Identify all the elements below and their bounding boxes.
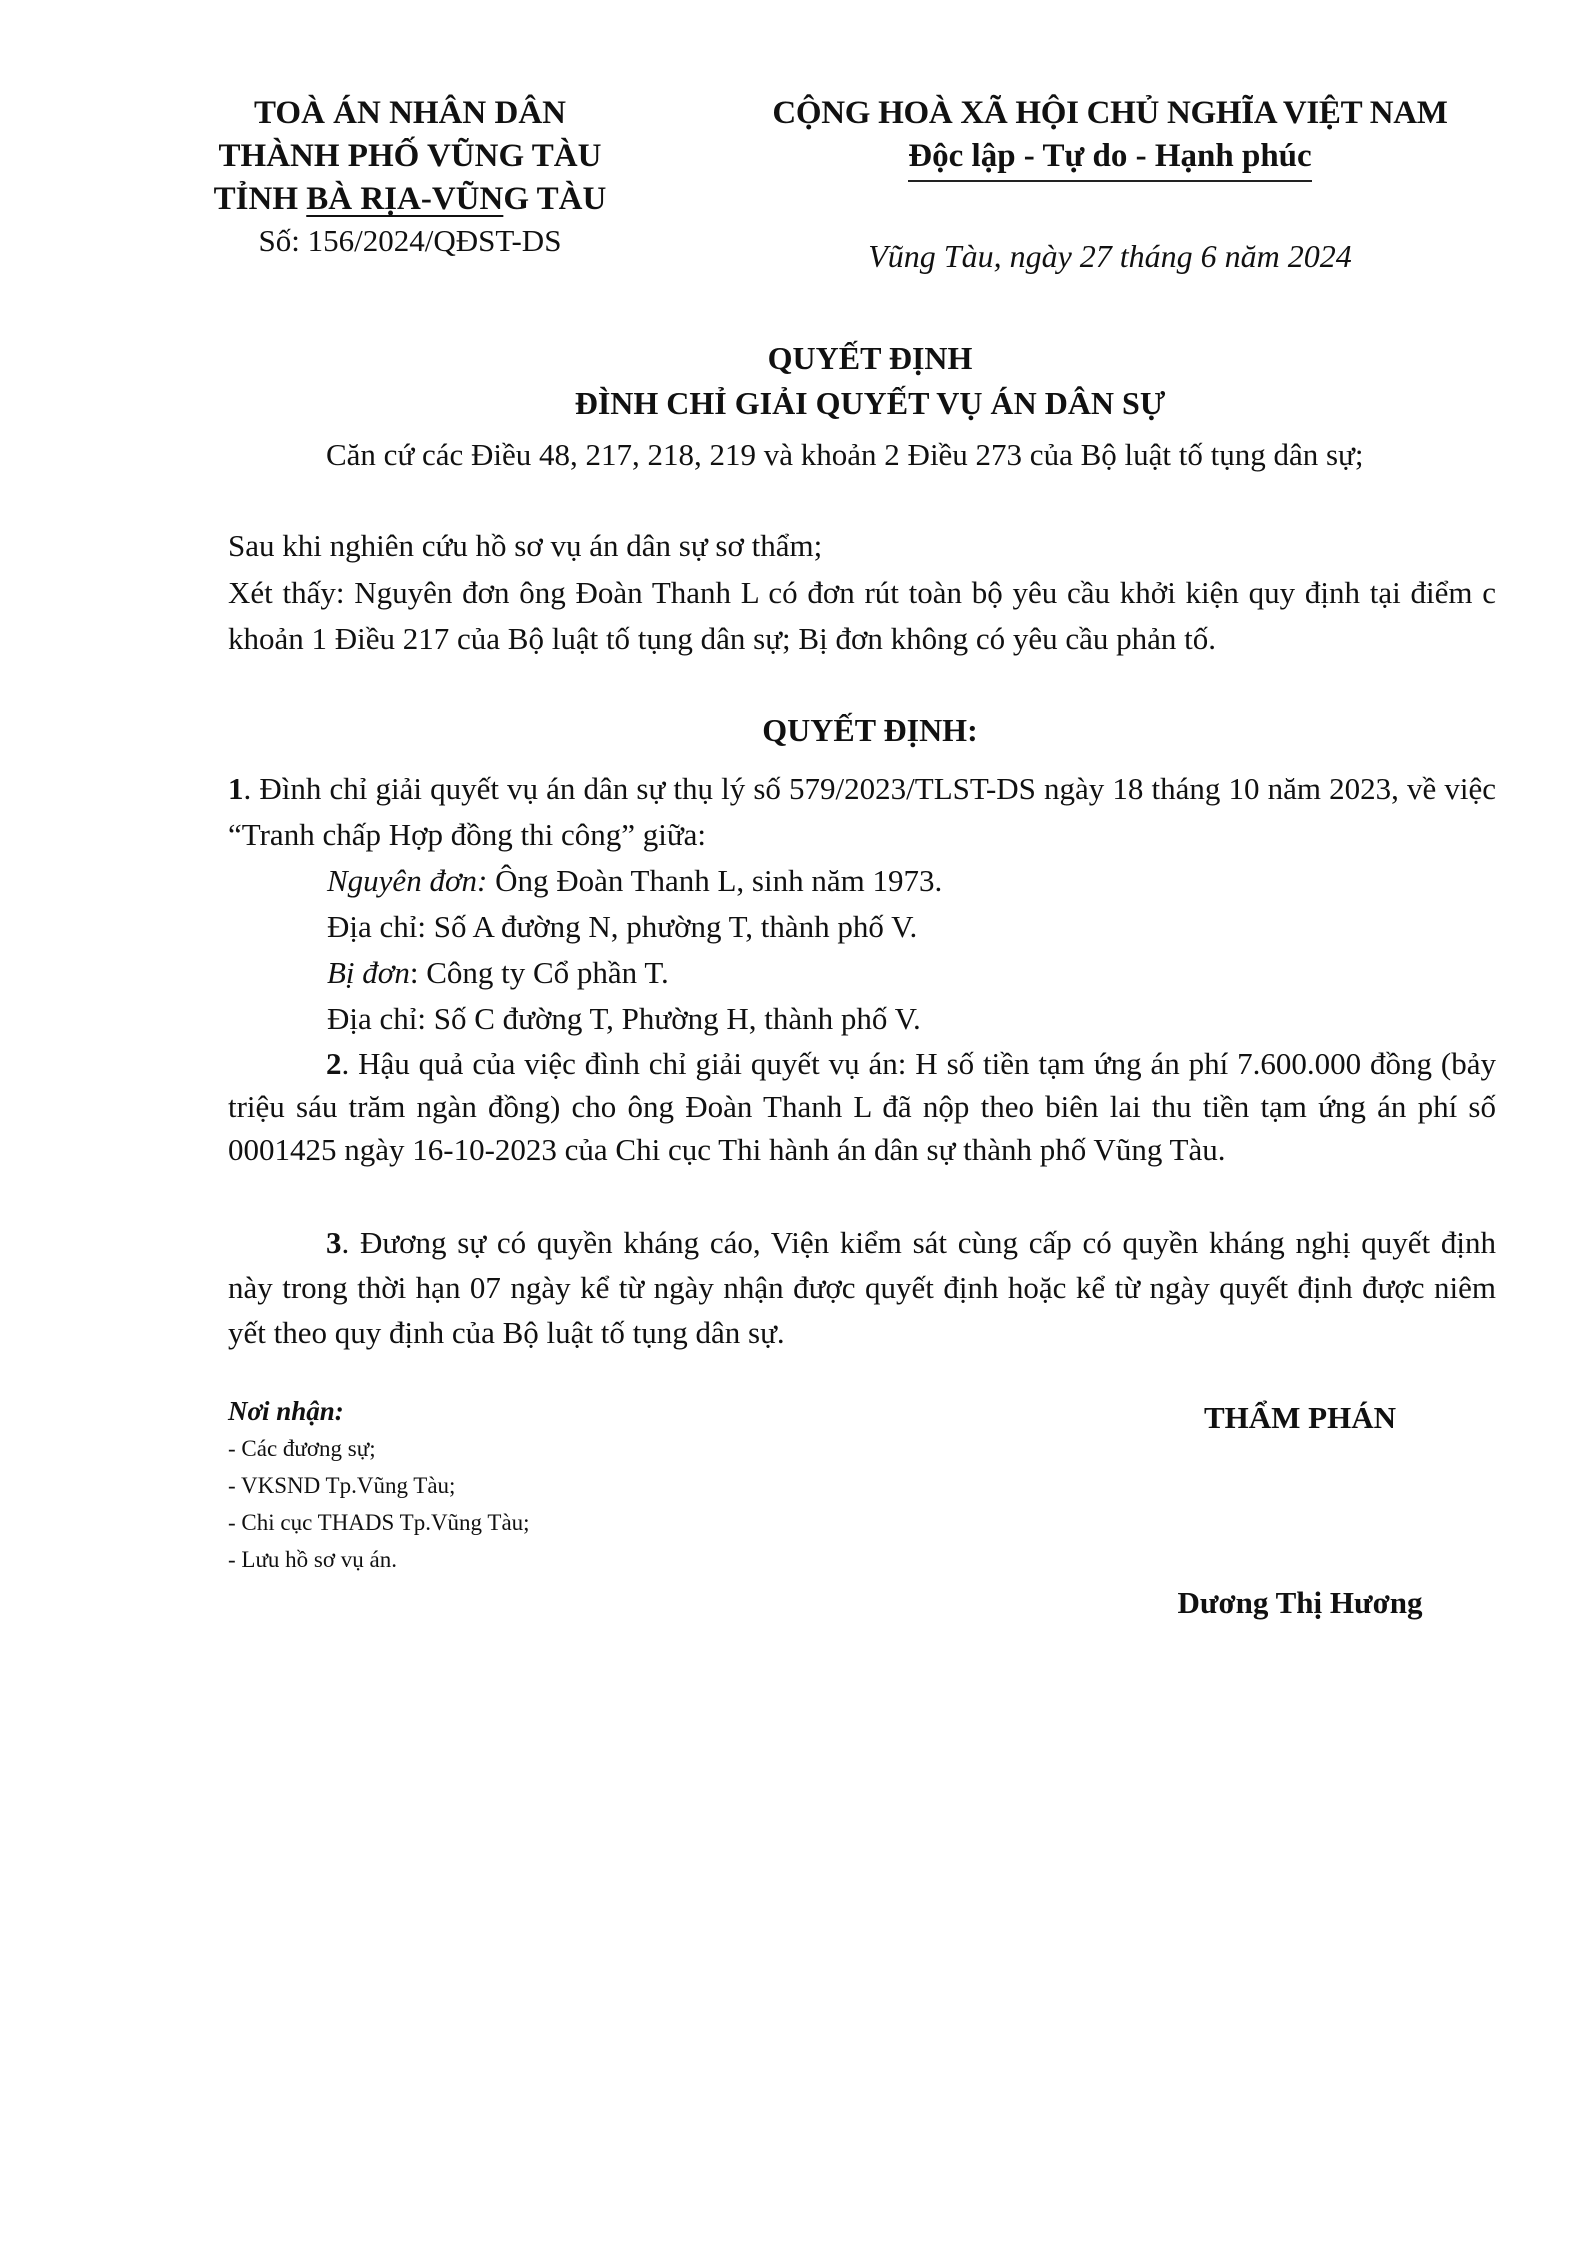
- decision-item-3: 3. Đương sự có quyền kháng cáo, Viện kiể…: [228, 1220, 1496, 1355]
- signer-title: THẨM PHÁN: [1100, 1400, 1500, 1436]
- defendant-value: : Công ty Cổ phần T.: [410, 955, 669, 990]
- recipient-item: - Các đương sự;: [228, 1430, 530, 1467]
- decision-1-number: 1: [228, 771, 244, 806]
- national-header: CỘNG HOÀ XÃ HỘI CHỦ NGHĨA VIỆT NAM Độc l…: [700, 92, 1520, 182]
- decision-heading: QUYẾT ĐỊNH:: [220, 712, 1520, 749]
- legal-basis: Căn cứ các Điều 48, 217, 218, 219 và kho…: [228, 432, 1496, 478]
- decision-item-2: 2. Hậu quả của việc đình chỉ giải quyết …: [228, 1042, 1496, 1171]
- province-prefix: TỈNH: [214, 181, 307, 217]
- plaintiff-value: Ông Đoàn Thanh L, sinh năm 1973.: [487, 863, 942, 898]
- case-review: Sau khi nghiên cứu hồ sơ vụ án dân sự sơ…: [228, 523, 1496, 569]
- decision-item-1: 1. Đình chỉ giải quyết vụ án dân sự thụ …: [228, 766, 1496, 858]
- document-subtitle: ĐÌNH CHỈ GIẢI QUYẾT VỤ ÁN DÂN SỰ: [220, 385, 1520, 422]
- nation-name: CỘNG HOÀ XÃ HỘI CHỦ NGHĨA VIỆT NAM: [700, 92, 1520, 135]
- province-underlined: BÀ RỊA-VŨN: [306, 181, 503, 217]
- defendant-address: Địa chỉ: Số C đường T, Phường H, thành p…: [327, 996, 921, 1042]
- issue-date: Vũng Tàu, ngày 27 tháng 6 năm 2024: [700, 238, 1520, 275]
- decision-3-number: 3: [326, 1225, 342, 1260]
- plaintiff-address: Địa chỉ: Số A đường N, phường T, thành p…: [327, 904, 917, 950]
- national-motto: Độc lập - Tự do - Hạnh phúc: [908, 135, 1311, 182]
- decision-2-number: 2: [326, 1046, 342, 1081]
- document-number: Số: 156/2024/QĐST-DS: [180, 221, 640, 261]
- defendant-label: Bị đơn: [327, 955, 410, 990]
- plaintiff-line: Nguyên đơn: Ông Đoàn Thanh L, sinh năm 1…: [327, 858, 942, 904]
- case-finding: Xét thấy: Nguyên đơn ông Đoàn Thanh L có…: [228, 570, 1496, 662]
- recipient-item: - Lưu hồ sơ vụ án.: [228, 1541, 530, 1578]
- court-city: THÀNH PHỐ VŨNG TÀU: [180, 135, 640, 178]
- document-title: QUYẾT ĐỊNH: [220, 340, 1520, 377]
- recipients-heading: Nơi nhận:: [228, 1392, 530, 1430]
- decision-3-text: . Đương sự có quyền kháng cáo, Viện kiểm…: [228, 1225, 1496, 1350]
- decision-2-text: . Hậu quả của việc đình chỉ giải quyết v…: [228, 1046, 1496, 1167]
- court-province: TỈNH BÀ RỊA-VŨNG TÀU: [180, 178, 640, 221]
- court-header: TOÀ ÁN NHÂN DÂN THÀNH PHỐ VŨNG TÀU TỈNH …: [180, 92, 640, 261]
- plaintiff-label: Nguyên đơn:: [327, 863, 487, 898]
- recipients-block: Nơi nhận: - Các đương sự; - VKSND Tp.Vũn…: [228, 1392, 530, 1578]
- province-suffix: G TÀU: [503, 181, 606, 217]
- defendant-line: Bị đơn: Công ty Cổ phần T.: [327, 950, 669, 996]
- signer-name: Dương Thị Hương: [1100, 1585, 1500, 1621]
- court-name: TOÀ ÁN NHÂN DÂN: [180, 92, 640, 135]
- decision-1-text: . Đình chỉ giải quyết vụ án dân sự thụ l…: [228, 771, 1496, 852]
- recipient-item: - Chi cục THADS Tp.Vũng Tàu;: [228, 1504, 530, 1541]
- recipient-item: - VKSND Tp.Vũng Tàu;: [228, 1467, 530, 1504]
